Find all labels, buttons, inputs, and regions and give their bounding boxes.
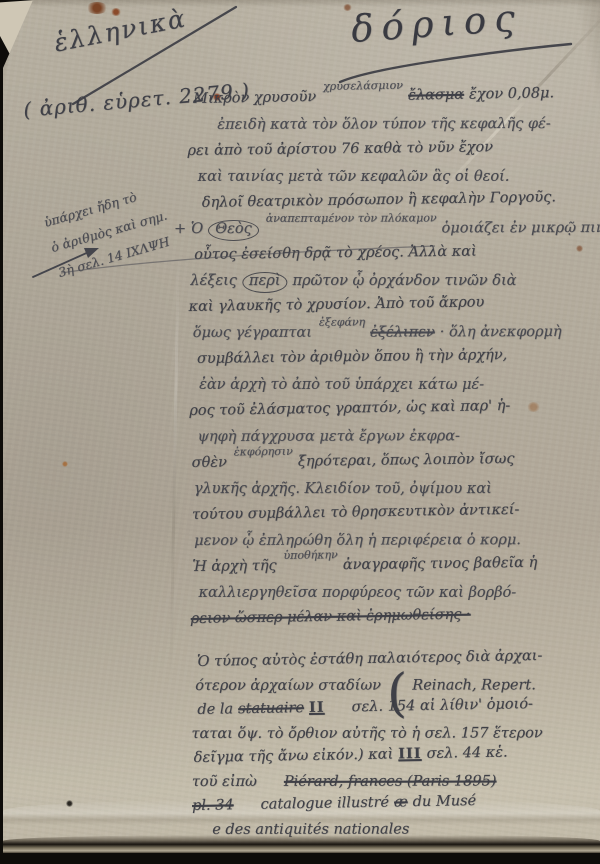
manuscript-line: καὶ γλαυκῆς τὸ χρυσίον. Ἀπὸ τοῦ ἄκρου — [188, 288, 600, 320]
handwriting-segment: ὑποθήκην — [283, 542, 338, 569]
handwriting-segment: æ — [394, 794, 408, 810]
manuscript-line: οὗτος ἐσείσθη δρᾷ τὸ χρέος. Ἀλλὰ καὶ — [194, 237, 600, 268]
handwriting-segment: μενον ᾧ ἐπληρώθη ὅλη ἡ περιφέρεια ὁ κορμ… — [194, 532, 521, 549]
handwriting-segment: statuaire — [238, 700, 304, 717]
handwriting-segment: catalogue illustré — [260, 795, 389, 813]
handwriting-segment: ἀναπεπταμένον τὸν πλόκαμον — [266, 205, 437, 231]
handwriting-segment: οὗτος ἐσείσθη δρᾷ τὸ χρέος. Ἀλλὰ καὶ — [194, 244, 477, 263]
handwriting-segment: τοῦ εἰπὼ — [192, 774, 257, 790]
manuscript-paragraph-2: Ὁ τύπος αὐτὸς ἐστάθη παλαιότερος διὰ ἀρχ… — [191, 647, 600, 842]
handwriting-segment: du Musé — [413, 793, 477, 810]
handwriting-segment: γλυκῆς ἀρχῆς. Κλειδίον τοῦ, ὀψίμου καὶ — [194, 481, 492, 497]
handwriting-segment: de la — [197, 701, 233, 718]
manuscript-line: ρος τοῦ ἐλάσματος γραπτόν, ὡς καὶ παρ' ἡ… — [189, 392, 600, 424]
paper-sheet: ἑλληνικὰ ( ἀριθ. εὑρετ. 2279 ) δόριος ὑπ… — [3, 0, 600, 853]
handwriting-segment: ἔλασμα — [408, 87, 464, 104]
handwriting-segment: ὁμοιάζει ἐν μικρῷ πινακίῳ — [442, 220, 600, 237]
handwriting-segment: ἐκφόρησιν — [234, 439, 293, 466]
handwriting-segment: λέξεις — [190, 273, 237, 289]
page-bottom-edge — [3, 835, 600, 853]
handwriting-segment: ρει ἀπὸ τοῦ ἀρίστου 76 καθὰ τὸ νῦν ἔχον — [187, 139, 493, 159]
handwriting-segment: ότερον ἀρχαίων σταδίων — [195, 678, 381, 694]
handwriting-segment: III — [398, 745, 422, 762]
manuscript-line: ρει ἀπὸ τοῦ ἀρίστου 76 καθὰ τὸ νῦν ἔχον — [187, 133, 599, 164]
stain-rust — [62, 461, 68, 467]
handwriting-segment: συμβάλλει τὸν ἀριθμὸν ὅπου ἢ τὴν ἀρχήν, — [197, 347, 507, 367]
scanned-manuscript-page: { "colors": { "paper": "#b3ab9c", "paper… — [0, 0, 600, 864]
handwriting-segment: II — [309, 699, 325, 716]
handwriting-segment: χρυσελάσμιον — [323, 73, 403, 100]
manuscript-line: συμβάλλει τὸν ἀριθμὸν ὅπου ἢ τὴν ἀρχήν, — [197, 341, 600, 372]
handwriting-segment: ἔχον 0,08μ. — [469, 85, 554, 102]
handwriting-segment: δεῖγμα τῆς ἄνω εἰκόν.) καὶ — [194, 746, 394, 765]
handwriting-segment: πρῶτον ᾧ ὀρχάνδον τινῶν διὰ — [292, 273, 516, 289]
stain-dark-speck — [66, 800, 73, 807]
handwriting-segment: pl. 34 — [192, 797, 234, 814]
handwriting-segment: + Ὁ — [174, 221, 203, 237]
manuscript-line: σθὲνἐκφόρησινξηρότεραι, ὅπως λοιπὸν ἴσως — [191, 445, 600, 476]
handwriting-segment: ἐπειδὴ κατὰ τὸν ὅλον τύπον τῆς κεφαλῆς φ… — [217, 116, 550, 133]
handwriting-segment: περὶ — [242, 272, 288, 293]
handwriting-segment: ρος τοῦ ἐλάσματος γραπτόν, ὡς καὶ παρ' ἡ… — [189, 398, 510, 419]
manuscript-line: Μικρὸν χρυσοῦνχρυσελάσμιονἔλασμαἔχον 0,0… — [193, 80, 599, 112]
handwriting-segment: τούτου συμβάλλει τὸ θρησκευτικὸν ἀντικεί… — [192, 502, 520, 523]
handwriting-segment: σθὲν — [192, 455, 227, 471]
handwriting-segment: ρειον ὥσπερ μέλαν καὶ ἐρημωθείσης · — [191, 607, 471, 627]
handwriting-segment: ἐξέλιπεν — [370, 324, 435, 340]
manuscript-line: Ἡ ἀρχὴ τῆςὑποθήκηνἀναγραφῆς τινος βαθεῖα… — [192, 549, 600, 580]
handwriting-segment: Ἡ ἀρχὴ τῆς — [192, 558, 276, 575]
handwriting-segment: σελ. 154 αἱ λίθιν' ὁμοιό- — [351, 696, 533, 715]
handwriting-segment: Μικρὸν χρυσοῦν — [193, 89, 316, 107]
handwriting-segment: Θεὸς — [208, 220, 259, 241]
manuscript-line: τούτου συμβάλλει τὸ θρησκευτικὸν ἀντικεί… — [192, 496, 600, 528]
handwriting-segment: καλλιεργηθεῖσα πορφύρεος τῶν καὶ βορβό- — [199, 585, 517, 601]
manuscript-line: ρειον ὥσπερ μέλαν καὶ ἐρημωθείσης · — [191, 600, 600, 632]
manuscript-paragraph-1: Μικρὸν χρυσοῦνχρυσελάσμιονἔλασμαἔχον 0,0… — [187, 83, 600, 632]
handwriting-segment: · ὅλη ἀνεκφορμὴ — [440, 324, 562, 340]
handwriting-segment: Reinach, Repert. — [412, 677, 536, 693]
handwriting-segment: ἀναγραφῆς τινος βαθεῖα ἡ — [343, 555, 538, 573]
handwriting-segment: ὅμως γέγραπται — [193, 325, 312, 341]
handwriting-segment: ταται ὅψ. τὸ ὄρθιον αὐτῆς τὸ ἡ σελ. 157 … — [192, 725, 543, 742]
handwriting-segment: ἐξεφάνη — [319, 310, 365, 336]
handwriting-segment: σελ. 44 κἑ. — [426, 744, 507, 761]
handwriting-segment: Piérard, frances (Paris 1895) — [284, 773, 497, 789]
handwriting-segment: ξηρότεραι, ὅπως λοιπὸν ἴσως — [298, 451, 515, 470]
handwriting-segment: καὶ ταινίας μετὰ τῶν κεφαλῶν ἃς οἱ θεοί. — [198, 169, 510, 185]
handwriting-segment: Ὁ τύπος αὐτὸς ἐστάθη παλαιότερος διὰ ἀρχ… — [197, 648, 543, 670]
handwriting-segment: ἐὰν ἀρχὴ τὸ ἀπὸ τοῦ ὑπάρχει κάτω μέ- — [199, 377, 484, 393]
stain-rust — [86, 2, 108, 14]
manuscript-body: Μικρὸν χρυσοῦνχρυσελάσμιονἔλασμαἔχον 0,0… — [187, 83, 600, 842]
